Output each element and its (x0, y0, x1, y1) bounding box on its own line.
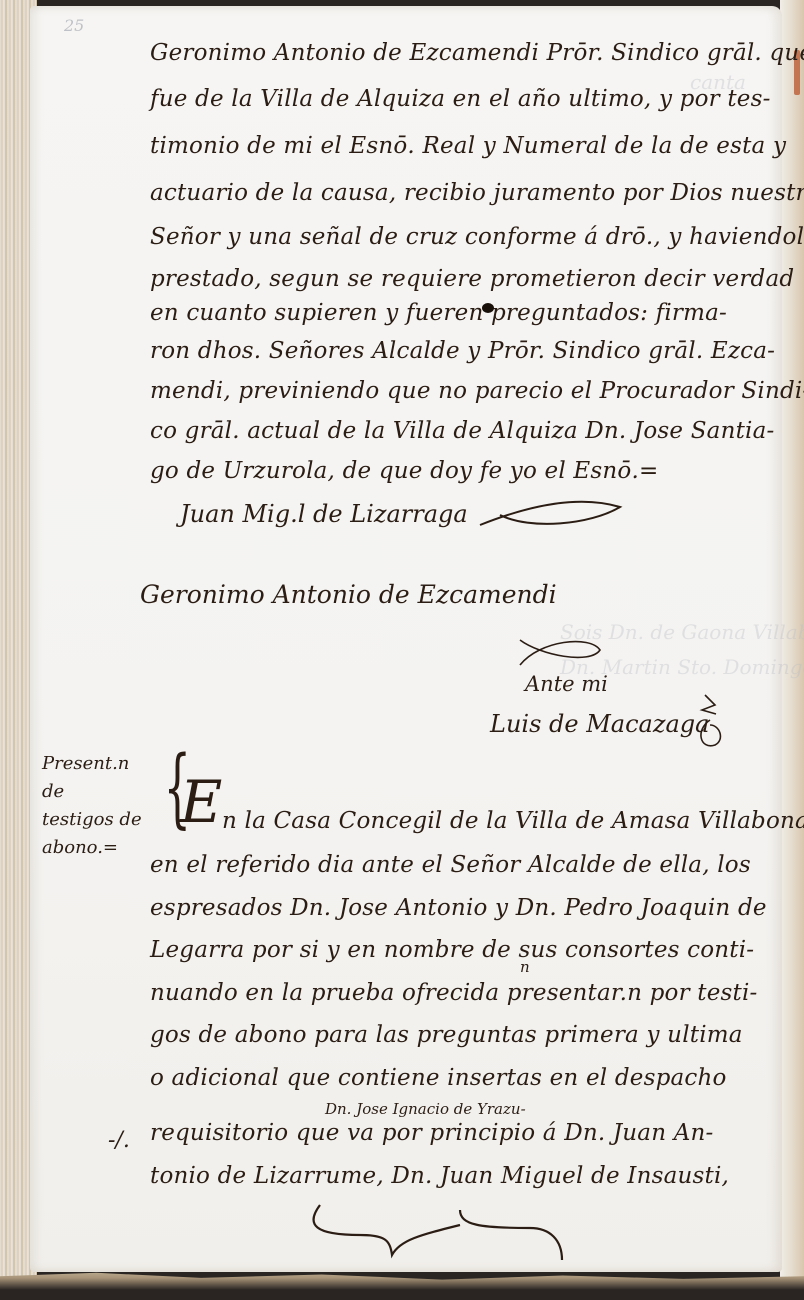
text-line: Señor y una señal de cruz conforme á drō… (150, 224, 804, 250)
text-line: espresados Dn. Jose Antonio y Dn. Pedro … (150, 895, 767, 921)
interlinear-insertion: Dn. Jose Ignacio de Yrazu- (325, 1100, 526, 1118)
signature-flourish-icon (470, 485, 630, 545)
signature-lizarraga: Juan Mig.l de Lizarraga (180, 500, 468, 528)
text-line: en cuanto supieren y fueren preguntados:… (150, 300, 727, 326)
text-line: co grāl. actual de la Villa de Alquiza D… (150, 418, 774, 444)
text-line: o adicional que contiene insertas en el … (150, 1065, 727, 1091)
text-line: ron dhos. Señores Alcalde y Prōr. Sindic… (150, 338, 775, 364)
ante-mi-label: Ante mi (525, 672, 608, 696)
page-number-mark: 25 (64, 16, 84, 35)
ink-blot (482, 303, 494, 313)
text-line: Legarra por si y en nombre de sus consor… (150, 937, 754, 963)
superscript-n: n (520, 958, 530, 976)
margin-note-line: abono.= (42, 834, 152, 862)
margin-note-line: testigos de (42, 806, 152, 834)
text-line: tonio de Lizarrume, Dn. Juan Miguel de I… (150, 1163, 729, 1189)
text-line: nuando en la prueba ofrecida presentar.n… (150, 980, 758, 1006)
drop-cap: E (180, 768, 222, 836)
margin-note: Present.n de testigos de abono.= (42, 750, 152, 862)
text-line: requisitorio que va por principio á Dn. … (150, 1120, 714, 1146)
closing-flourish-icon (300, 1200, 580, 1270)
notary-rubric-icon (690, 690, 730, 760)
signature-ezcamendi: Geronimo Antonio de Ezcamendi (140, 580, 557, 609)
text-line: n la Casa Concegil de la Villa de Amasa … (222, 808, 804, 834)
text-line: en el referido dia ante el Señor Alcalde… (150, 852, 751, 878)
text-line: prestado, segun se requiere prometieron … (150, 266, 794, 292)
text-line: mendi, previniendo que no parecio el Pro… (150, 378, 804, 404)
text-line: Geronimo Antonio de Ezcamendi Prōr. Sind… (150, 40, 804, 66)
text-line: gos de abono para las preguntas primera … (150, 1022, 743, 1048)
side-mark: -/. (108, 1128, 130, 1153)
text-line: timonio de mi el Esnō. Real y Numeral de… (150, 133, 786, 159)
text-line: actuario de la causa, recibio juramento … (150, 180, 804, 206)
signature-macazaga: Luis de Macazaga (490, 710, 709, 738)
text-line: go de Urzurola, de que doy fe yo el Esnō… (150, 458, 658, 484)
margin-note-line: Present.n de (42, 750, 152, 806)
text-line: fue de la Villa de Alquiza en el año ult… (150, 86, 771, 112)
